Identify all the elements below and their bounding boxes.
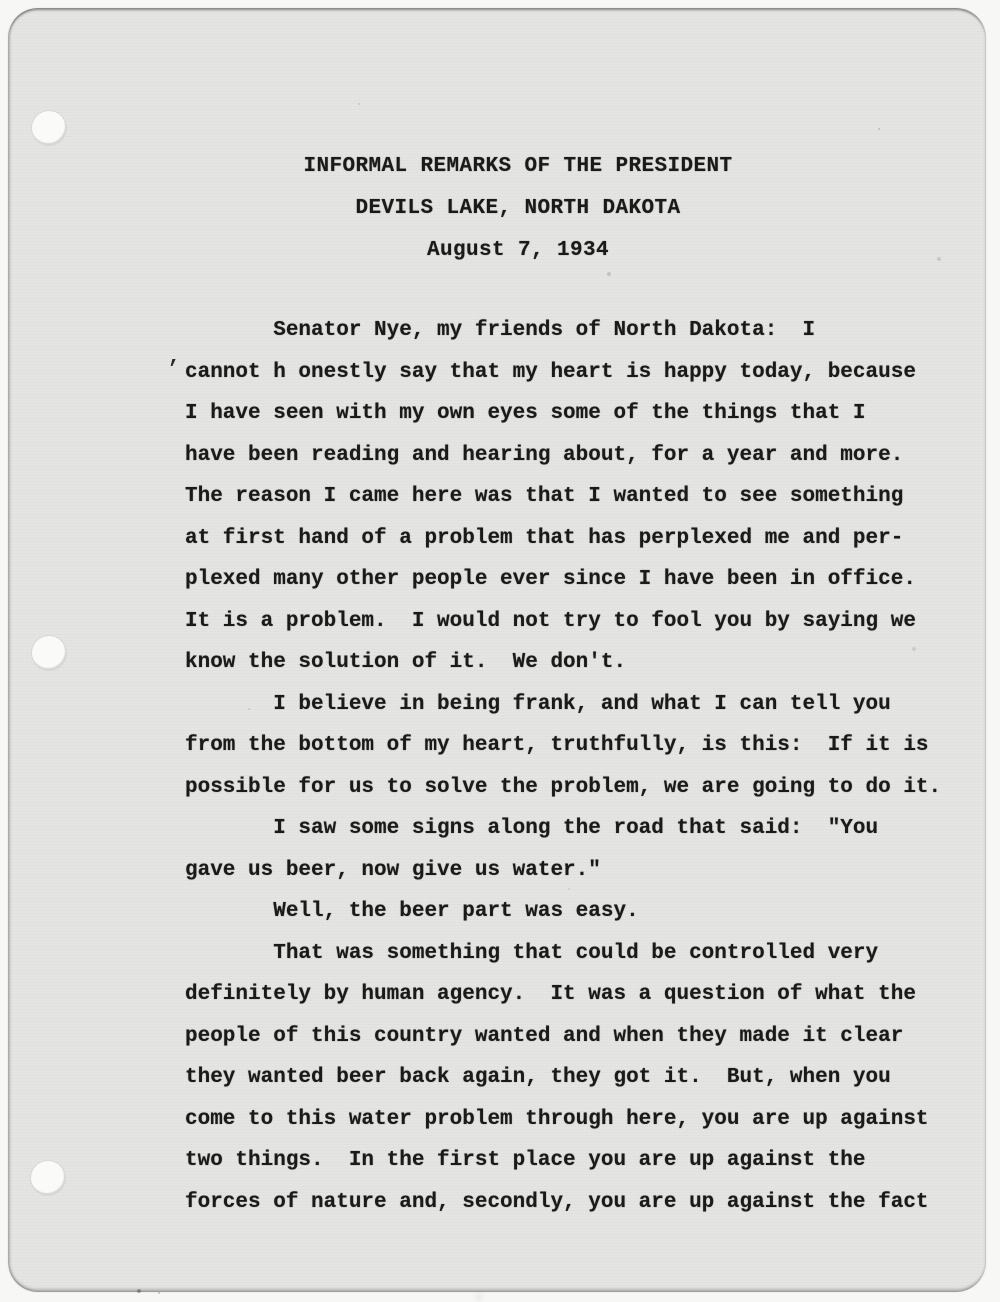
body-line: I believe in being frank, and what I can…: [185, 684, 941, 726]
body-line: from the bottom of my heart, truthfully,…: [185, 725, 941, 767]
body-line: That was something that could be control…: [185, 933, 941, 975]
title-line-date: August 7, 1934: [50, 230, 986, 272]
body-line: Well, the beer part was easy.: [185, 891, 941, 933]
document-body: Senator Nye, my friends of North Dakota:…: [185, 310, 941, 1223]
scan-background: , INFORMAL REMARKS OF THE PRESIDENT DEVI…: [0, 0, 1000, 1302]
title-line-heading: INFORMAL REMARKS OF THE PRESIDENT: [50, 146, 986, 188]
body-line: The reason I came here was that I wanted…: [185, 476, 941, 518]
body-line: they wanted beer back again, they got it…: [185, 1057, 941, 1099]
body-line: know the solution of it. We don't.: [185, 642, 941, 684]
paper-specks: [8, 8, 10, 10]
body-line: It is a problem. I would not try to fool…: [185, 601, 941, 643]
body-line: come to this water problem through here,…: [185, 1099, 941, 1141]
document-title: INFORMAL REMARKS OF THE PRESIDENT DEVILS…: [50, 146, 986, 272]
body-line: I saw some signs along the road that sai…: [185, 808, 941, 850]
body-line: Senator Nye, my friends of North Dakota:…: [185, 310, 941, 352]
body-line: gave us beer, now give us water.": [185, 850, 941, 892]
stray-mark: ,: [168, 346, 181, 369]
body-line: have been reading and hearing about, for…: [185, 435, 941, 477]
punch-hole-middle: [32, 636, 66, 670]
body-line: cannot h onestly say that my heart is ha…: [185, 352, 941, 394]
document-page: , INFORMAL REMARKS OF THE PRESIDENT DEVI…: [8, 8, 986, 1292]
body-line: I have seen with my own eyes some of the…: [185, 393, 941, 435]
body-line: forces of nature and, secondly, you are …: [185, 1182, 941, 1224]
body-line: definitely by human agency. It was a que…: [185, 974, 941, 1016]
body-line: people of this country wanted and when t…: [185, 1016, 941, 1058]
body-line: plexed many other people ever since I ha…: [185, 559, 941, 601]
body-line: possible for us to solve the problem, we…: [185, 767, 941, 809]
punch-hole-top: [32, 111, 66, 145]
title-line-location: DEVILS LAKE, NORTH DAKOTA: [50, 188, 986, 230]
body-line: at first hand of a problem that has perp…: [185, 518, 941, 560]
punch-hole-bottom: [31, 1161, 65, 1195]
body-line: two things. In the first place you are u…: [185, 1140, 941, 1182]
